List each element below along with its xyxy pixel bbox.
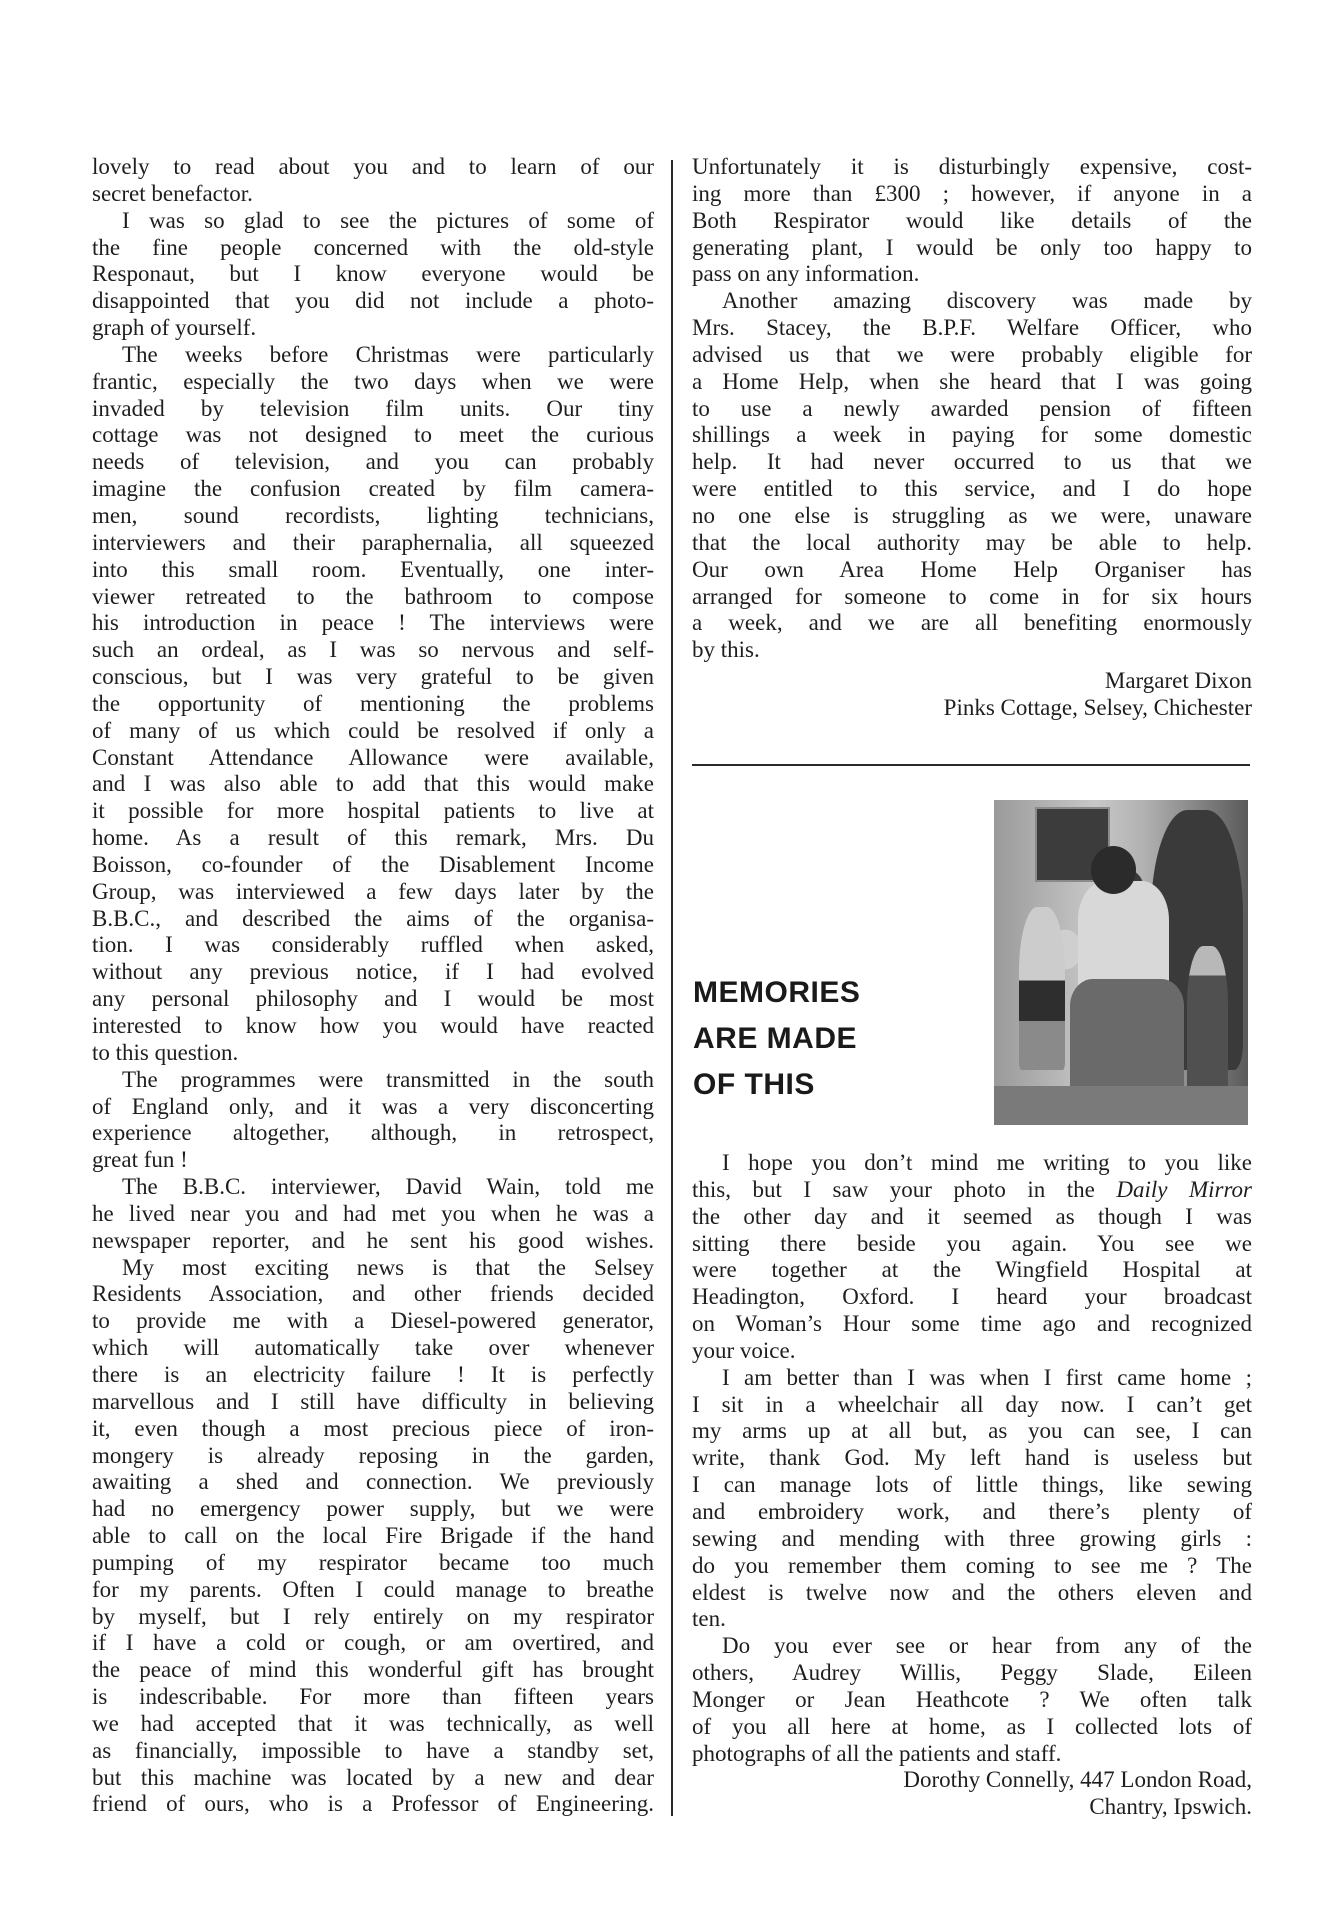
signature-address: Pinks Cottage, Selsey, Chichester — [692, 695, 1252, 722]
text-line: do you remember them coming to see me ? … — [692, 1553, 1252, 1580]
text-line: frantic, especially the two days when we… — [92, 369, 654, 396]
text-line: shillings a week in paying for some dome… — [692, 422, 1252, 449]
text-line: Mrs. Stacey, the B.P.F. Welfare Officer,… — [692, 315, 1252, 342]
text-line: mongery is already reposing in the garde… — [92, 1443, 654, 1470]
text-line: of England only, and it was a very disco… — [92, 1094, 654, 1121]
text-line: a Home Help, when she heard that I was g… — [692, 369, 1252, 396]
text-line: but this machine was located by a new an… — [92, 1765, 654, 1792]
text-line: The programmes were transmitted in the s… — [92, 1067, 654, 1094]
text-line: The weeks before Christmas were particul… — [92, 342, 654, 369]
text-line: by myself, but I rely entirely on my res… — [92, 1604, 654, 1631]
text-line: tion. I was considerably ruffled when as… — [92, 932, 654, 959]
text-line: Headington, Oxford. I heard your broadca… — [692, 1284, 1252, 1311]
text-line: into this small room. Eventually, one in… — [92, 557, 654, 584]
text-line: marvellous and I still have difficulty i… — [92, 1389, 654, 1416]
text-line: conscious, but I was very grateful to be… — [92, 664, 654, 691]
text-line: pumping of my respirator became too much — [92, 1550, 654, 1577]
text-line: a week, and we are all benefiting enormo… — [692, 610, 1252, 637]
text-line: others, Audrey Willis, Peggy Slade, Eile… — [692, 1660, 1252, 1687]
text-line: home. As a result of this remark, Mrs. D… — [92, 825, 654, 852]
headline-line: OF THIS — [693, 1062, 860, 1108]
photo-ground — [994, 1086, 1248, 1125]
text-line: that the local authority may be able to … — [692, 530, 1252, 557]
text-line: were entitled to this service, and I do … — [692, 476, 1252, 503]
headline-line: MEMORIES — [693, 970, 860, 1016]
text-line: write, thank God. My left hand is useles… — [692, 1445, 1252, 1472]
text-line: for my parents. Often I could manage to … — [92, 1577, 654, 1604]
text-line: without any previous notice, if I had ev… — [92, 959, 654, 986]
text-line: there is an electricity failure ! It is … — [92, 1362, 654, 1389]
text-line: and I was also able to add that this wou… — [92, 771, 654, 798]
text-line: to provide me with a Diesel-powered gene… — [92, 1308, 654, 1335]
text-line: needs of television, and you can probabl… — [92, 449, 654, 476]
text-line: lovely to read about you and to learn of… — [92, 154, 654, 181]
text-line: cottage was not designed to meet the cur… — [92, 422, 654, 449]
text-line: advised us that we were probably eligibl… — [692, 342, 1252, 369]
headline-line: ARE MADE — [693, 1016, 860, 1062]
text-line: friend of ours, who is a Professor of En… — [92, 1791, 654, 1818]
text-line: to this question. — [92, 1040, 654, 1067]
newspaper-name: Daily Mirror — [1116, 1177, 1252, 1202]
text-line: Responaut, but I know everyone would be — [92, 261, 654, 288]
text-line: arranged for someone to come in for six … — [692, 584, 1252, 611]
text-line: I can manage lots of little things, like… — [692, 1472, 1252, 1499]
text-line: my arms up at all but, as you can see, I… — [692, 1418, 1252, 1445]
text-line: of many of us which could be resolved if… — [92, 718, 654, 745]
photo-girl-left — [1019, 907, 1065, 1070]
text-line: Monger or Jean Heathcote ? We often talk — [692, 1687, 1252, 1714]
text-line: ten. — [692, 1606, 1252, 1633]
text-line: on Woman’s Hour some time ago and recogn… — [692, 1311, 1252, 1338]
text-line: any personal philosophy and I would be m… — [92, 986, 654, 1013]
text-line: great fun ! — [92, 1147, 654, 1174]
text-line: Constant Attendance Allowance were avail… — [92, 745, 654, 772]
text-line: disappointed that you did not include a … — [92, 288, 654, 315]
signature-line-1: Dorothy Connelly, 447 London Road, — [692, 1767, 1252, 1794]
text-line: The B.B.C. interviewer, David Wain, told… — [92, 1174, 654, 1201]
section-divider — [692, 764, 1250, 766]
text-line: the opportunity of mentioning the proble… — [92, 691, 654, 718]
text-line: invaded by television film units. Our ti… — [92, 396, 654, 423]
text-line: help. It had never occurred to us that w… — [692, 449, 1252, 476]
text-line: I hope you don’t mind me writing to you … — [692, 1150, 1252, 1177]
text-line: sitting there beside you again. You see … — [692, 1231, 1252, 1258]
text-line: I sit in a wheelchair all day now. I can… — [692, 1392, 1252, 1419]
article-body: I hope you don’t mind me writing to you … — [692, 1150, 1252, 1821]
signature-name: Margaret Dixon — [692, 668, 1252, 695]
text-line: Group, was interviewed a few days later … — [92, 879, 654, 906]
text-line: to use a newly awarded pension of fiftee… — [692, 396, 1252, 423]
text-line: no one else is struggling as we were, un… — [692, 503, 1252, 530]
text-line: Residents Association, and other friends… — [92, 1281, 654, 1308]
text-line: Another amazing discovery was made by — [692, 288, 1252, 315]
text-line: Both Respirator would like details of th… — [692, 208, 1252, 235]
text-line: experience altogether, although, in retr… — [92, 1120, 654, 1147]
text-line: pass on any information. — [692, 261, 1252, 288]
signature-line-2: Chantry, Ipswich. — [692, 1794, 1252, 1821]
text-line: secret benefactor. — [92, 181, 654, 208]
text-line: sewing and mending with three growing gi… — [692, 1526, 1252, 1553]
right-column-letter-continuation: Unfortunately it is disturbingly expensi… — [692, 154, 1252, 722]
text-line: the other day and it seemed as though I … — [692, 1204, 1252, 1231]
text-line: I am better than I was when I first came… — [692, 1365, 1252, 1392]
text-line: had no emergency power supply, but we we… — [92, 1496, 654, 1523]
text-line: My most exciting news is that the Selsey — [92, 1255, 654, 1282]
text-line: and embroidery work, and there’s plenty … — [692, 1499, 1252, 1526]
text-line: Do you ever see or hear from any of the — [692, 1633, 1252, 1660]
left-column-text: lovely to read about you and to learn of… — [92, 154, 654, 1818]
text-line: newspaper reporter, and he sent his good… — [92, 1228, 654, 1255]
text-line: eldest is twelve now and the others elev… — [692, 1580, 1252, 1607]
text-line: I was so glad to see the pictures of som… — [92, 208, 654, 235]
text-line: the fine people concerned with the old-s… — [92, 235, 654, 262]
text-line: were together at the Wingfield Hospital … — [692, 1257, 1252, 1284]
text-line: is indescribable. For more than fifteen … — [92, 1684, 654, 1711]
text-line: ing more than £300 ; however, if anyone … — [692, 181, 1252, 208]
text-line: this, but I saw your photo in the Daily … — [692, 1177, 1252, 1204]
text-line: graph of yourself. — [92, 315, 654, 342]
text-line: which will automatically take over whene… — [92, 1335, 654, 1362]
text-line: imagine the confusion created by film ca… — [92, 476, 654, 503]
text-line: Boisson, co-founder of the Disablement I… — [92, 852, 654, 879]
text-line: the peace of mind this wonderful gift ha… — [92, 1657, 654, 1684]
text-line: it, even though a most precious piece of… — [92, 1416, 654, 1443]
text-line: his introduction in peace ! The intervie… — [92, 610, 654, 637]
text-line: awaiting a shed and connection. We previ… — [92, 1469, 654, 1496]
family-photo — [994, 800, 1248, 1125]
text-line: by this. — [692, 637, 1252, 664]
text-line: B.B.C., and described the aims of the or… — [92, 906, 654, 933]
text-line: we had accepted that it was technically,… — [92, 1711, 654, 1738]
text-line: of you all here at home, as I collected … — [692, 1714, 1252, 1741]
text-line: your voice. — [692, 1338, 1252, 1365]
text-line: he lived near you and had met you when h… — [92, 1201, 654, 1228]
column-divider — [671, 160, 673, 1816]
text-line: if I have a cold or cough, or am overtir… — [92, 1630, 654, 1657]
text-line: generating plant, I would be only too ha… — [692, 235, 1252, 262]
text-line: Unfortunately it is disturbingly expensi… — [692, 154, 1252, 181]
text-line: viewer retreated to the bathroom to comp… — [92, 584, 654, 611]
text-line: interviewers and their paraphernalia, al… — [92, 530, 654, 557]
text-line: it possible for more hospital patients t… — [92, 798, 654, 825]
text-fragment: this, but I saw your photo in the — [692, 1177, 1116, 1202]
photo-girl-right — [1187, 946, 1228, 1092]
text-line: men, sound recordists, lighting technici… — [92, 503, 654, 530]
text-line: such an ordeal, as I was so nervous and … — [92, 637, 654, 664]
text-line: interested to know how you would have re… — [92, 1013, 654, 1040]
photo-woman-head — [1091, 846, 1137, 895]
text-line: as financially, impossible to have a sta… — [92, 1738, 654, 1765]
article-headline: MEMORIES ARE MADE OF THIS — [693, 970, 860, 1108]
text-line: able to call on the local Fire Brigade i… — [92, 1523, 654, 1550]
text-line: Our own Area Home Help Organiser has — [692, 557, 1252, 584]
text-line: photographs of all the patients and staf… — [692, 1741, 1252, 1768]
